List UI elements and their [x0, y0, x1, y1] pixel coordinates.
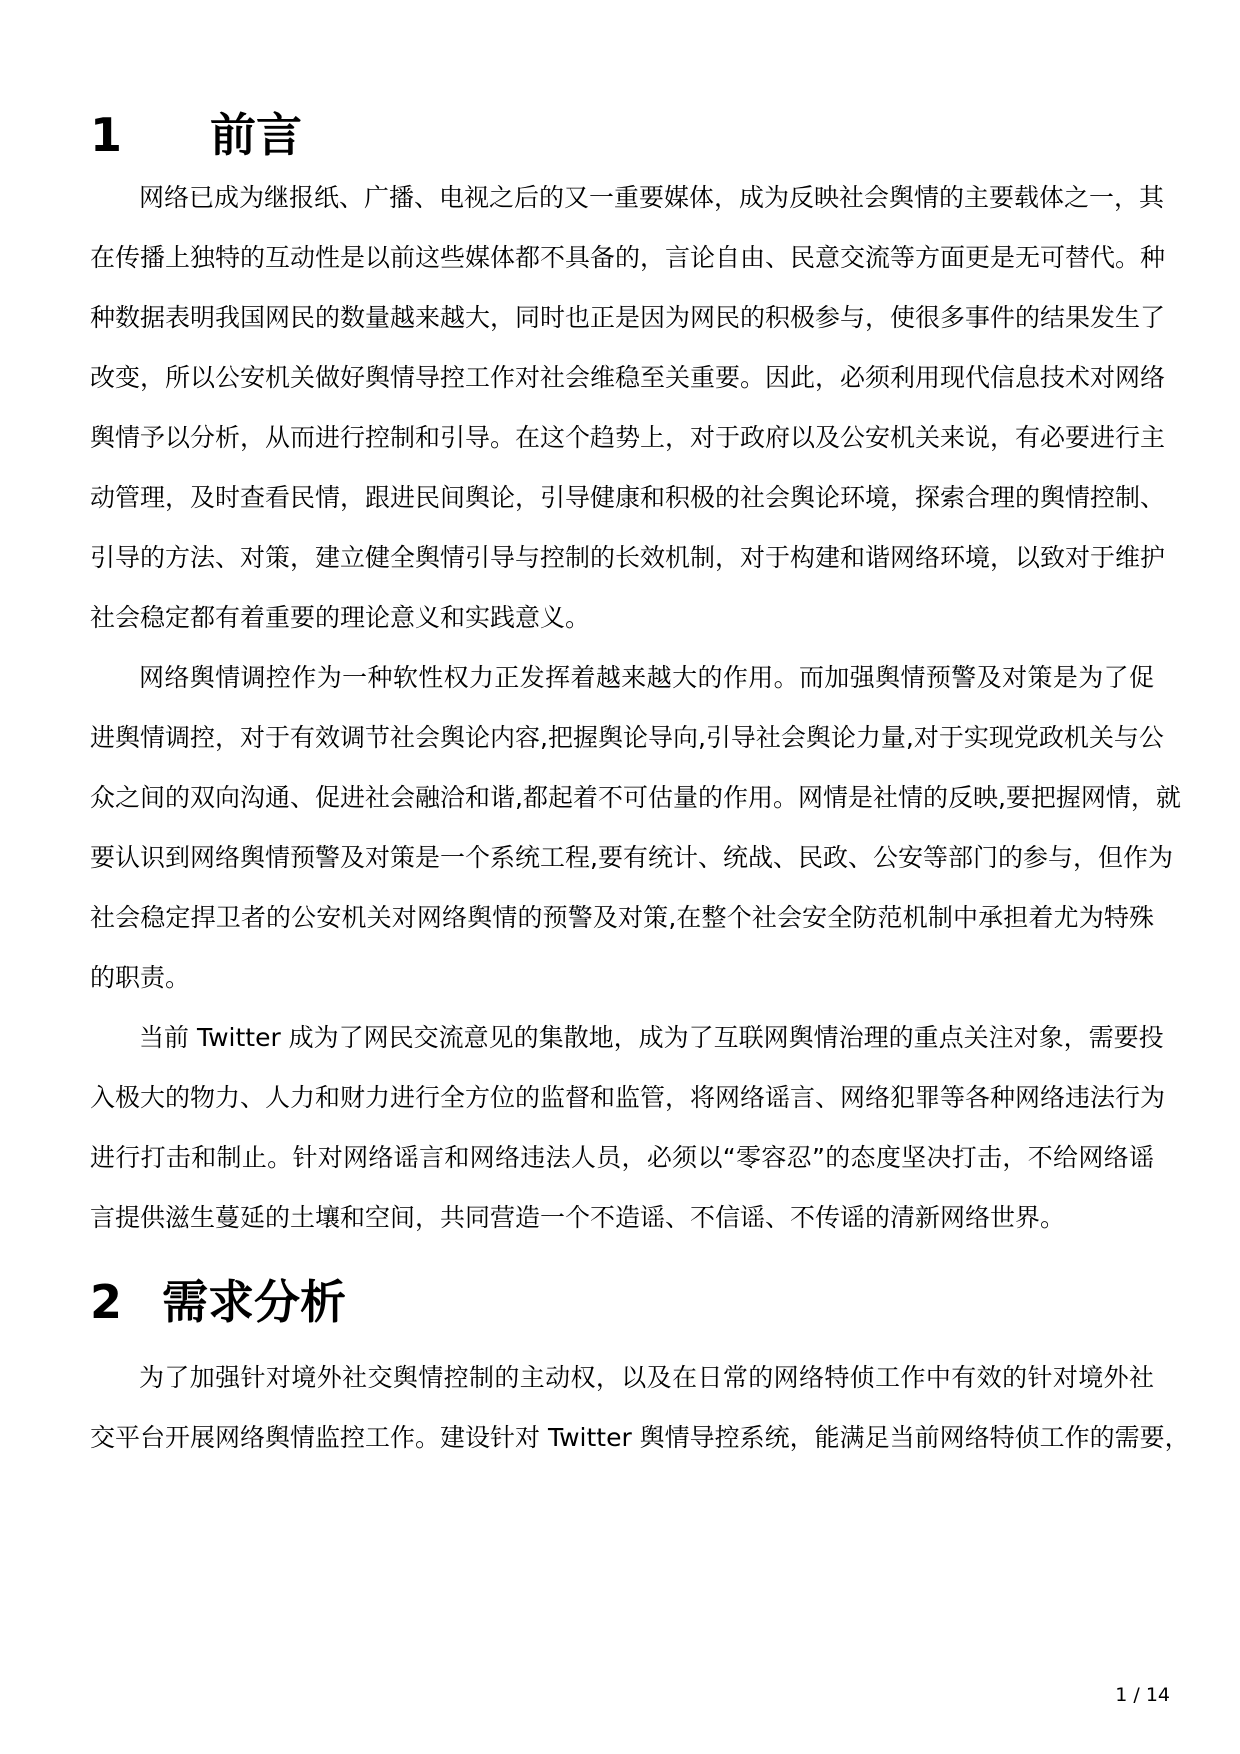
paragraph-line: 要认识到网络舆情预警及对策是一个系统工程,要有统计、统战、民政、公安等部门的参与… — [90, 838, 1154, 878]
paragraph-line: 动管理，及时查看民情，跟进民间舆论，引导健康和积极的社会舆论环境，探索合理的舆情… — [90, 478, 1154, 518]
paragraph-line: 进舆情调控，对于有效调节社会舆论内容,把握舆论导向,引导社会舆论力量,对于实现党… — [90, 718, 1154, 758]
paragraph-line: 舆情予以分析，从而进行控制和引导。在这个趋势上，对于政府以及公安机关来说，有必要… — [90, 418, 1154, 458]
section-number: 1 — [90, 105, 210, 165]
section-heading-preface: 1前言 — [90, 105, 302, 165]
paragraph-line: 交平台开展网络舆情监控工作。建设针对 Twitter 舆情导控系统，能满足当前网… — [90, 1418, 1154, 1458]
paragraph-line: 社会稳定捍卫者的公安机关对网络舆情的预警及对策,在整个社会安全防范机制中承担着尤… — [90, 898, 1154, 938]
section-title: 前言 — [210, 108, 302, 162]
paragraph-line: 众之间的双向沟通、促进社会融洽和谐,都起着不可估量的作用。网情是社情的反映,要把… — [90, 778, 1154, 818]
paragraph-line: 进行打击和制止。针对网络谣言和网络违法人员，必须以“零容忍”的态度坚决打击，不给… — [90, 1138, 1154, 1178]
section-heading-requirements: 2需求分析 — [90, 1272, 346, 1332]
paragraph-line: 当前 Twitter 成为了网民交流意见的集散地，成为了互联网舆情治理的重点关注… — [139, 1018, 1154, 1058]
section-number: 2 — [90, 1272, 162, 1332]
paragraph-line: 的职责。 — [90, 958, 1154, 998]
paragraph-line: 网络已成为继报纸、广播、电视之后的又一重要媒体，成为反映社会舆情的主要载体之一，… — [139, 178, 1154, 218]
section-title: 需求分析 — [162, 1275, 346, 1329]
paragraph-line: 网络舆情调控作为一种软性权力正发挥着越来越大的作用。而加强舆情预警及对策是为了促 — [139, 658, 1154, 698]
paragraph-line: 引导的方法、对策，建立健全舆情引导与控制的长效机制，对于构建和谐网络环境，以致对… — [90, 538, 1154, 578]
paragraph-line: 为了加强针对境外社交舆情控制的主动权，以及在日常的网络特侦工作中有效的针对境外社 — [139, 1358, 1154, 1398]
paragraph-line: 改变，所以公安机关做好舆情导控工作对社会维稳至关重要。因此，必须利用现代信息技术… — [90, 358, 1154, 398]
paragraph-line: 种数据表明我国网民的数量越来越大，同时也正是因为网民的积极参与，使很多事件的结果… — [90, 298, 1154, 338]
paragraph-line: 言提供滋生蔓延的土壤和空间，共同营造一个不造谣、不信谣、不传谣的清新网络世界。 — [90, 1198, 1154, 1238]
paragraph-line: 社会稳定都有着重要的理论意义和实践意义。 — [90, 598, 1154, 638]
page-number: 1 / 14 — [1050, 1680, 1170, 1710]
paragraph-line: 入极大的物力、人力和财力进行全方位的监督和监管，将网络谣言、网络犯罪等各种网络违… — [90, 1078, 1154, 1118]
paragraph-line: 在传播上独特的互动性是以前这些媒体都不具备的，言论自由、民意交流等方面更是无可替… — [90, 238, 1154, 278]
